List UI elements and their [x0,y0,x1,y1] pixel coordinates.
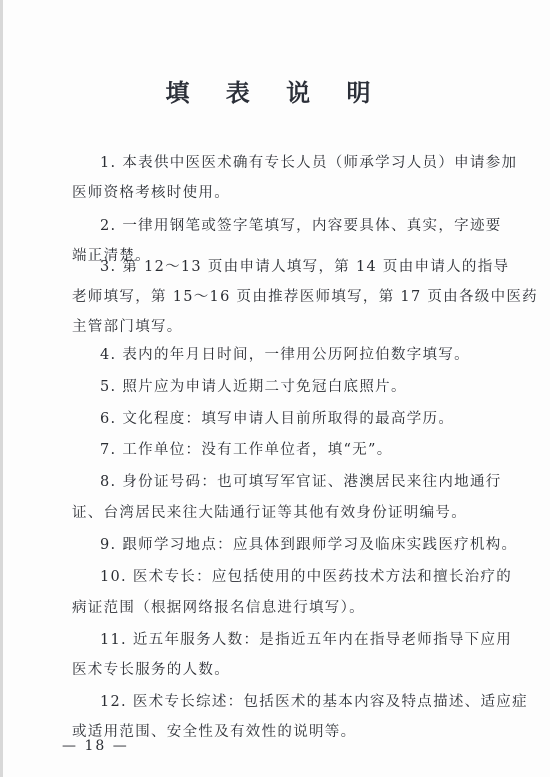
item-3-line-1: 3. 第 12～13 页由申请人填写，第 14 页由申请人的指导 [100,255,509,276]
item-9-line-1: 9. 跟师学习地点：应具体到跟师学习及临床实践医疗机构。 [100,533,517,554]
item-4-line-1: 4. 表内的年月日时间，一律用公历阿拉伯数字填写。 [100,343,470,364]
item-1-line-1: 1. 本表供中医医术确有专长人员（师承学习人员）申请参加 [100,151,517,172]
page-title: 填 表 说 明 [0,73,550,108]
item-1-line-2: 医师资格考核时使用。 [72,181,230,202]
item-8-line-1: 8. 身份证号码：也可填写军官证、港澳居民来往内地通行 [100,470,502,491]
item-11-line-2: 医术专长服务的人数。 [72,658,230,679]
item-8-line-2: 证、台湾居民来往大陆通行证等其他有效身份证明编号。 [72,501,467,522]
item-7-line-1: 7. 工作单位：没有工作单位者，填“无”。 [100,438,393,459]
item-11-line-1: 11. 近五年服务人数：是指近五年内在指导老师指导下应用 [100,628,512,649]
item-6-line-1: 6. 文化程度：填写申请人目前所取得的最高学历。 [100,407,454,428]
item-5-line-1: 5. 照片应为申请人近期二寸免冠白底照片。 [100,375,407,396]
item-12-line-1: 12. 医术专长综述：包括医术的基本内容及特点描述、适应症 [100,690,528,711]
item-10-line-1: 10. 医术专长：应包括使用的中医药技术方法和擅长治疗的 [100,565,512,586]
item-3-line-3: 主管部门填写。 [72,315,183,336]
page-edge [0,0,3,777]
item-2-line-1: 2. 一律用钢笔或签字笔填写，内容要具体、真实，字迹要 [100,214,502,235]
item-3-line-2: 老师填写，第 15～16 页由推荐医师填写，第 17 页由各级中医药 [72,285,538,306]
item-10-line-2: 病证范围（根据网络报名信息进行填写）。 [72,596,365,617]
page-number: — 18 — [62,738,129,754]
